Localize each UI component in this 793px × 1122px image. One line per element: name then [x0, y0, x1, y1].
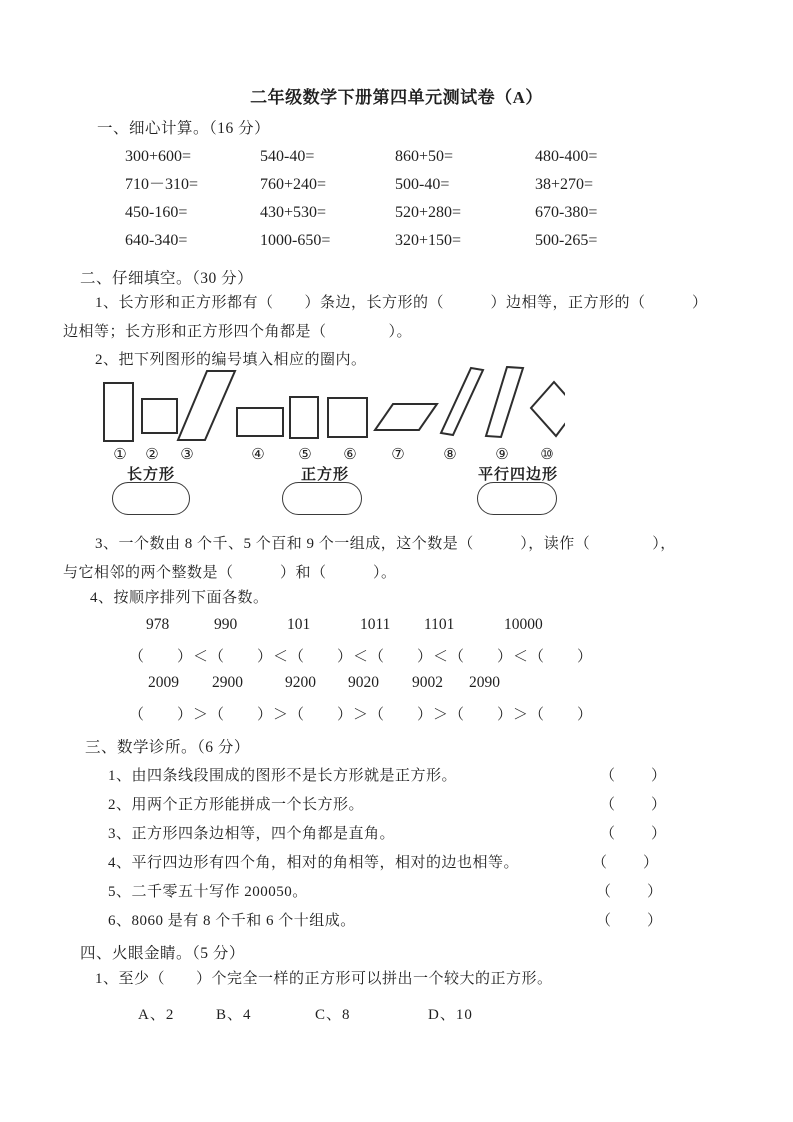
- option-d: D、10: [428, 1003, 473, 1024]
- calc-problem: 300+600=: [125, 143, 260, 171]
- tf-answer-blank-4: （ ）: [592, 851, 660, 872]
- tf-item-2: 2、用两个正方形能拼成一个长方形。: [108, 793, 364, 814]
- tf-answer-blank-1: （ ）: [600, 764, 668, 785]
- bin-label-parallelogram: 平行四边形: [463, 463, 573, 484]
- option-a: A、2: [138, 1003, 174, 1024]
- shape-8-slanted-parallelogram: [441, 368, 483, 435]
- tf-item-6: 6、8060 是有 8 个千和 6 个十组成。: [108, 909, 356, 930]
- question-2-1-line1: 1、长方形和正方形都有（ ）条边，长方形的（ ）边相等，正方形的（ ）: [95, 295, 708, 312]
- shapes-figure: [95, 366, 565, 444]
- calc-problem: 860+50=: [395, 143, 535, 171]
- shape-10-diamond: [531, 382, 565, 436]
- shape-number-4: ④: [246, 445, 270, 463]
- question-2-3-line1: 3、一个数由 8 个千、5 个百和 9 个一组成，这个数是（ ），读作（ ），: [95, 536, 676, 553]
- shape-number-3: ③: [175, 445, 199, 463]
- calc-problem: 430+530=: [260, 199, 395, 227]
- shape-number-5: ⑤: [293, 445, 317, 463]
- shape-number-8: ⑧: [438, 445, 462, 463]
- sort-number: 978: [146, 616, 169, 634]
- calc-problem: 710－310=: [125, 171, 260, 199]
- tf-item-5: 5、二千零五十写作 200050。: [108, 880, 308, 901]
- tf-item-3: 3、正方形四条边相等，四个角都是直角。: [108, 822, 395, 843]
- shape-7-flat-parallelogram: [375, 404, 437, 430]
- ascending-answer-row: （ ）＜（ ）＜（ ）＜（ ）＜（ ）＜（ ）: [129, 645, 593, 666]
- calc-problem: 760+240=: [260, 171, 395, 199]
- option-b: B、4: [216, 1003, 252, 1024]
- shape-number-10: ⑩: [535, 445, 559, 463]
- page-title: 二年级数学下册第四单元测试卷（A）: [0, 83, 793, 108]
- shape-4-wide-rectangle: [237, 408, 283, 436]
- test-paper-page: 二年级数学下册第四单元测试卷（A） 一、细心计算。（16 分） 300+600=…: [0, 0, 793, 1122]
- sort-number: 9020: [348, 674, 379, 692]
- sort-number: 1011: [360, 616, 390, 634]
- section2-heading: 二、仔细填空。（30 分）: [80, 266, 253, 288]
- section1-heading: 一、细心计算。（16 分）: [97, 116, 270, 138]
- calc-problem: 500-265=: [535, 227, 705, 255]
- calc-problem: 38+270=: [535, 171, 705, 199]
- tf-item-1: 1、由四条线段围成的图形不是长方形就是正方形。: [108, 764, 457, 785]
- shape-number-9: ⑨: [490, 445, 514, 463]
- shape-2-square: [142, 399, 177, 433]
- sort-number: 2090: [469, 674, 500, 692]
- sort-number: 9002: [412, 674, 443, 692]
- calc-problem: 450-160=: [125, 199, 260, 227]
- shape-number-6: ⑥: [338, 445, 362, 463]
- section3-heading: 三、数学诊所。（6 分）: [85, 735, 250, 757]
- question-2-1-line2: 边相等；长方形和正方形四个角都是（ ）。: [63, 324, 412, 341]
- sort-number: 990: [214, 616, 237, 634]
- calculation-grid: 300+600= 540-40= 860+50= 480-400= 710－31…: [125, 143, 705, 255]
- shape-number-2: ②: [140, 445, 164, 463]
- calc-problem: 320+150=: [395, 227, 535, 255]
- question-2-3-line2: 与它相邻的两个整数是（ ）和（ ）。: [63, 565, 397, 582]
- bin-oval-rectangle: [112, 482, 190, 515]
- question-4-1: 1、至少（ ）个完全一样的正方形可以拼出一个较大的正方形。: [95, 971, 553, 988]
- shape-number-7: ⑦: [386, 445, 410, 463]
- question-2-4: 4、按顺序排列下面各数。: [90, 590, 269, 607]
- shape-number-1: ①: [108, 445, 132, 463]
- calc-problem: 520+280=: [395, 199, 535, 227]
- shape-1-tall-rectangle: [104, 383, 133, 441]
- sort-number: 1101: [424, 616, 454, 634]
- bin-oval-square: [282, 482, 362, 515]
- tf-answer-blank-2: （ ）: [600, 793, 668, 814]
- calc-problem: 670-380=: [535, 199, 705, 227]
- shape-5-rectangle: [290, 397, 318, 438]
- calc-problem: 540-40=: [260, 143, 395, 171]
- sort-number: 9200: [285, 674, 316, 692]
- sort-number: 2900: [212, 674, 243, 692]
- tf-item-4: 4、平行四边形有四个角，相对的角相等，相对的边也相等。: [108, 851, 519, 872]
- sort-number: 10000: [504, 616, 543, 634]
- sort-number: 101: [287, 616, 310, 634]
- tf-answer-blank-6: （ ）: [596, 909, 664, 930]
- calc-problem: 640-340=: [125, 227, 260, 255]
- shape-9-slanted-parallelogram: [486, 367, 523, 437]
- bin-oval-parallelogram: [477, 482, 557, 515]
- shape-3-parallelogram: [178, 371, 235, 440]
- tf-answer-blank-3: （ ）: [600, 822, 668, 843]
- sort-number: 2009: [148, 674, 179, 692]
- calc-problem: 1000-650=: [260, 227, 395, 255]
- bin-label-square: 正方形: [270, 463, 380, 484]
- bin-label-rectangle: 长方形: [96, 463, 206, 484]
- section4-heading: 四、火眼金睛。（5 分）: [80, 941, 245, 963]
- shape-6-square: [328, 398, 367, 437]
- calc-problem: 500-40=: [395, 171, 535, 199]
- calc-problem: 480-400=: [535, 143, 705, 171]
- option-c: C、8: [315, 1003, 351, 1024]
- tf-answer-blank-5: （ ）: [596, 880, 664, 901]
- descending-answer-row: （ ）＞（ ）＞（ ）＞（ ）＞（ ）＞（ ）: [129, 703, 593, 724]
